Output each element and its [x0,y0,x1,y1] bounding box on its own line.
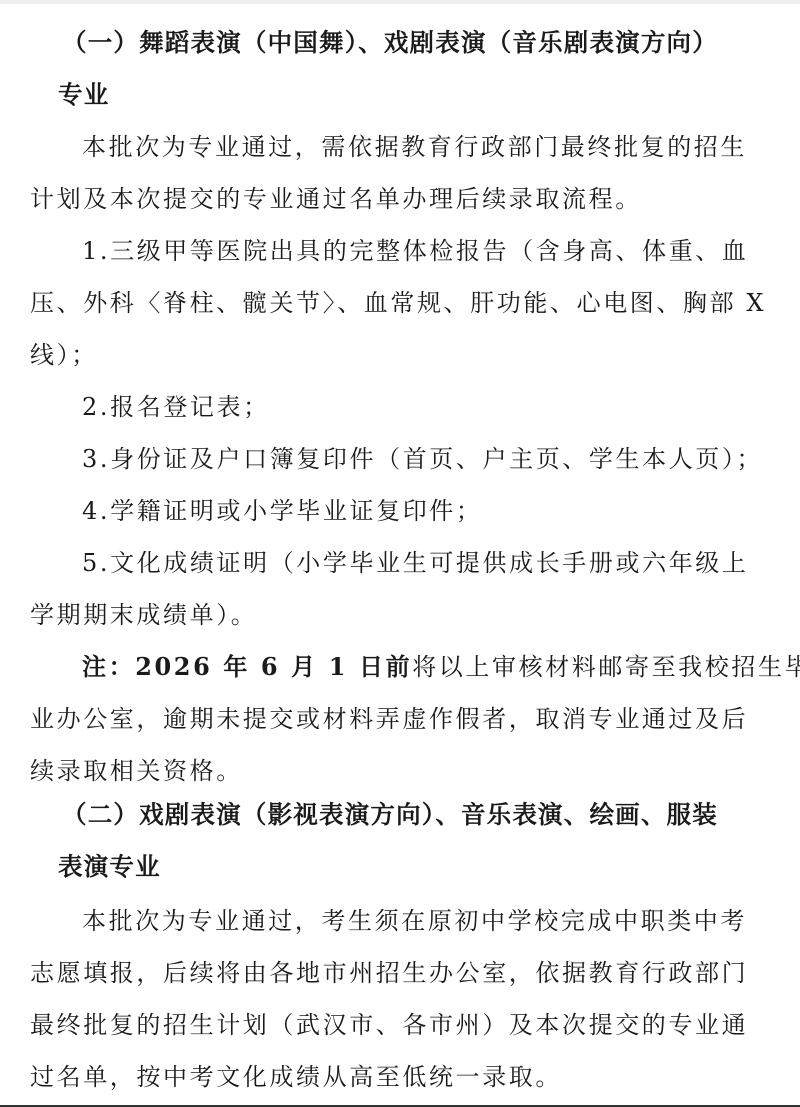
section1-heading-line1: （一）舞蹈表演（中国舞）、戏剧表演（音乐剧表演方向） [62,28,718,58]
list-item-1-line1: 1.三级甲等医院出具的完整体检报告（含身高、体重、血 [82,236,749,266]
section2-body-line2: 志愿填报，后续将由各地市州招生办公室，依据教育行政部门 [30,958,748,988]
list-item-5-line1: 5.文化成绩证明（小学毕业生可提供成长手册或六年级上 [82,548,749,578]
section1-intro-line2: 计划及本次提交的专业通过名单办理后续录取流程。 [30,184,642,214]
note-line1-rest: 将以上审核材料邮寄至我校招生毕 [412,653,800,681]
note-line2: 业办公室，逾期未提交或材料弄虚作假者，取消专业通过及后 [30,704,748,734]
list-item-2: 2.报名登记表； [82,392,270,422]
section2-body-line4: 过名单，按中考文化成绩从高至低统一录取。 [30,1062,562,1092]
section1-intro-line1: 本批次为专业通过，需依据教育行政部门最终批复的招生 [82,132,747,162]
top-edge-strip [0,0,800,4]
list-item-1-line2: 压、外科〈脊柱、髋关节〉、血常规、肝功能、心电图、胸部 X [30,288,766,318]
list-item-5-line2: 学期期末成绩单）。 [30,600,257,630]
note-line1: 注：2026 年 6 月 1 日前将以上审核材料邮寄至我校招生毕 [82,652,800,682]
section2-heading-line1: （二）戏剧表演（影视表演方向）、音乐表演、绘画、服装 [62,800,718,830]
list-item-4: 4.学籍证明或小学毕业证复印件； [82,496,483,526]
note-deadline-bold: 注：2026 年 6 月 1 日前 [82,652,412,681]
section1-heading-line2: 专业 [58,80,109,110]
list-item-1-line3: 线）； [30,340,98,370]
section2-body-line3: 最终批复的招生计划（武汉市、各市州）及本次提交的专业通 [30,1010,748,1040]
section2-body-line1: 本批次为专业通过，考生须在原初中学校完成中职类中考 [82,906,747,936]
note-line3: 续录取相关资格。 [30,756,243,786]
list-item-3: 3.身份证及户口簿复印件（首页、户主页、学生本人页）； [82,444,763,474]
section2-heading-line2: 表演专业 [58,852,161,882]
